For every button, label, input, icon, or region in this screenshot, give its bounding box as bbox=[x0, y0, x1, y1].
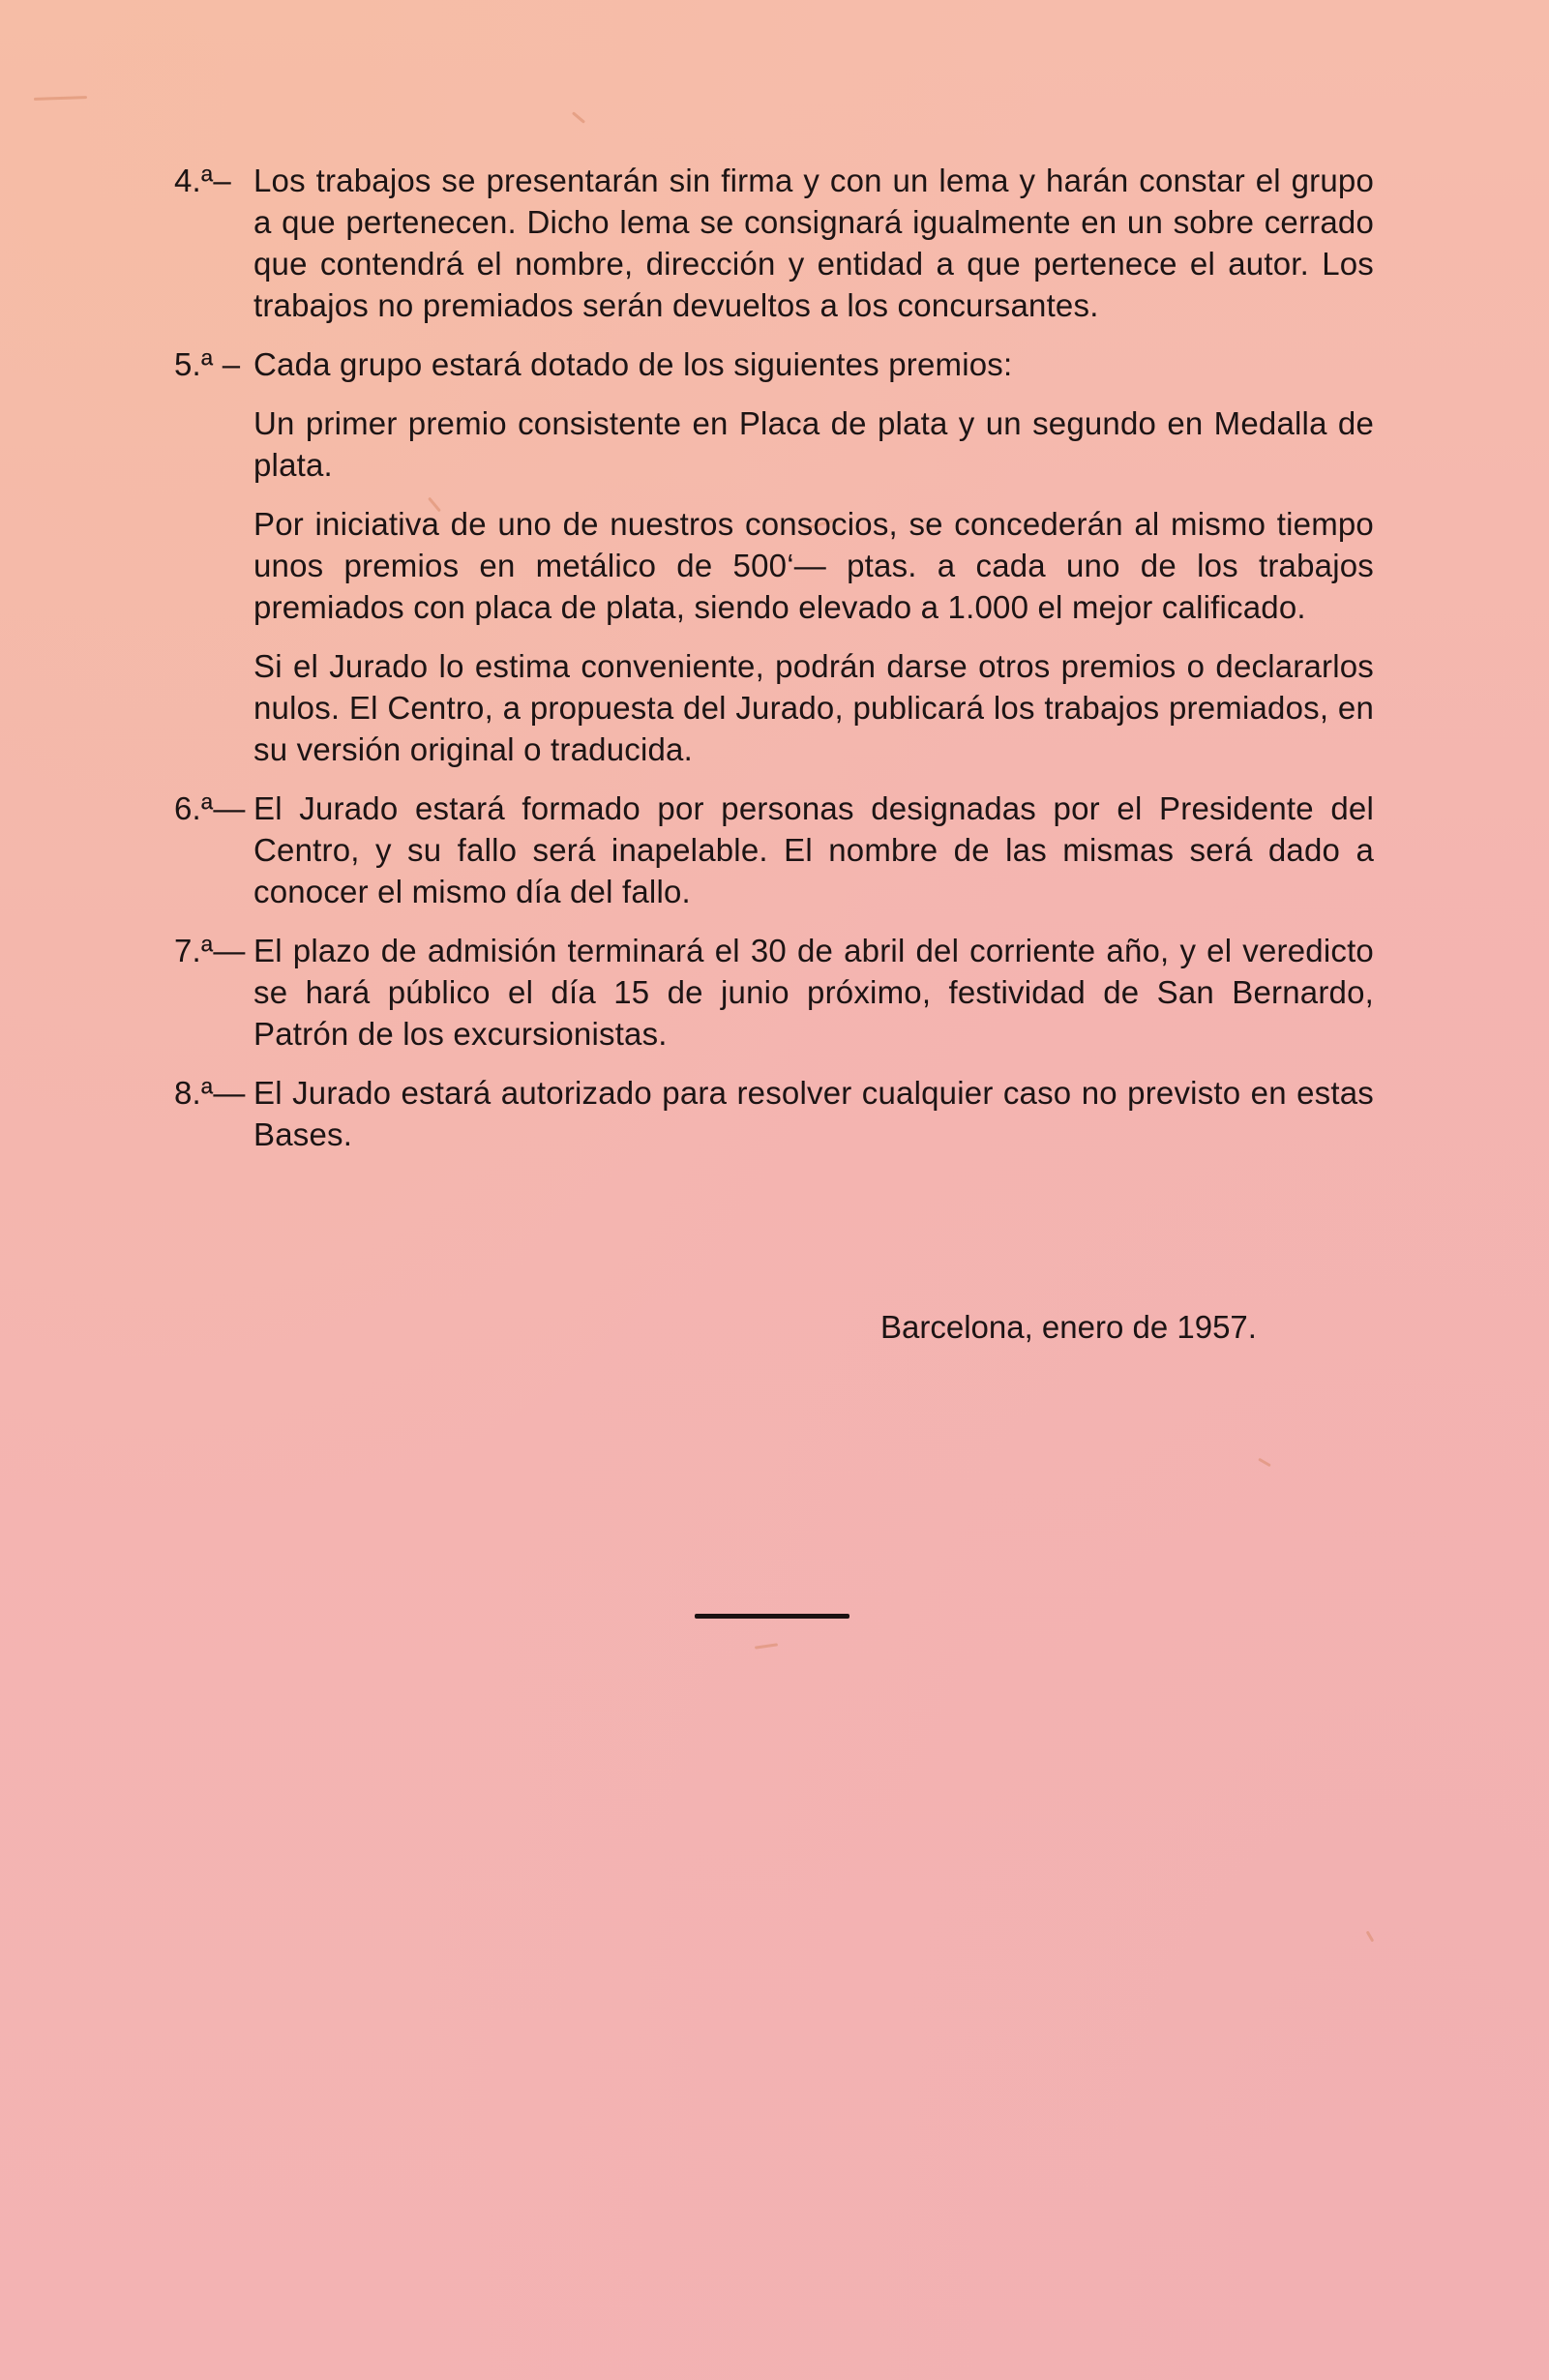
clause-number: 5.ª – bbox=[174, 343, 253, 385]
paper-fleck bbox=[1258, 1458, 1271, 1468]
paper-fleck bbox=[1366, 1931, 1375, 1943]
paper-fleck bbox=[34, 96, 87, 101]
jury-discretion-paragraph: Si el Jurado lo estima conveniente, podr… bbox=[253, 645, 1374, 770]
prize-paragraph: Un primer premio consistente en Placa de… bbox=[253, 402, 1374, 486]
clause-number: 6.ª— bbox=[174, 788, 253, 912]
clause-6: 6.ª— El Jurado estará formado por person… bbox=[174, 788, 1374, 912]
place-date-signature: Barcelona, enero de 1957. bbox=[880, 1309, 1257, 1346]
paper-fleck bbox=[755, 1643, 778, 1649]
paper-page: 4.ª– Los trabajos se presentarán sin fir… bbox=[0, 0, 1549, 2380]
clause-7: 7.ª— El plazo de admisión terminará el 3… bbox=[174, 930, 1374, 1055]
clause-5: 5.ª – Cada grupo estará dotado de los si… bbox=[174, 343, 1374, 385]
clause-body: El Jurado estará formado por personas de… bbox=[253, 788, 1374, 912]
cash-prize-paragraph: Por iniciativa de uno de nuestros consoc… bbox=[253, 503, 1374, 628]
paper-fleck bbox=[572, 111, 585, 124]
clause-number: 8.ª— bbox=[174, 1072, 253, 1155]
clause-4: 4.ª– Los trabajos se presentarán sin fir… bbox=[174, 160, 1374, 326]
clause-number: 7.ª— bbox=[174, 930, 253, 1055]
clause-body: El Jurado estará autorizado para resolve… bbox=[253, 1072, 1374, 1155]
bases-text: 4.ª– Los trabajos se presentarán sin fir… bbox=[174, 160, 1374, 1173]
clause-number: 4.ª– bbox=[174, 160, 253, 326]
closing-rule-divider bbox=[695, 1614, 849, 1619]
clause-8: 8.ª— El Jurado estará autorizado para re… bbox=[174, 1072, 1374, 1155]
clause-body: Cada grupo estará dotado de los siguient… bbox=[253, 343, 1374, 385]
clause-body: El plazo de admisión terminará el 30 de … bbox=[253, 930, 1374, 1055]
clause-body: Los trabajos se presentarán sin firma y … bbox=[253, 160, 1374, 326]
